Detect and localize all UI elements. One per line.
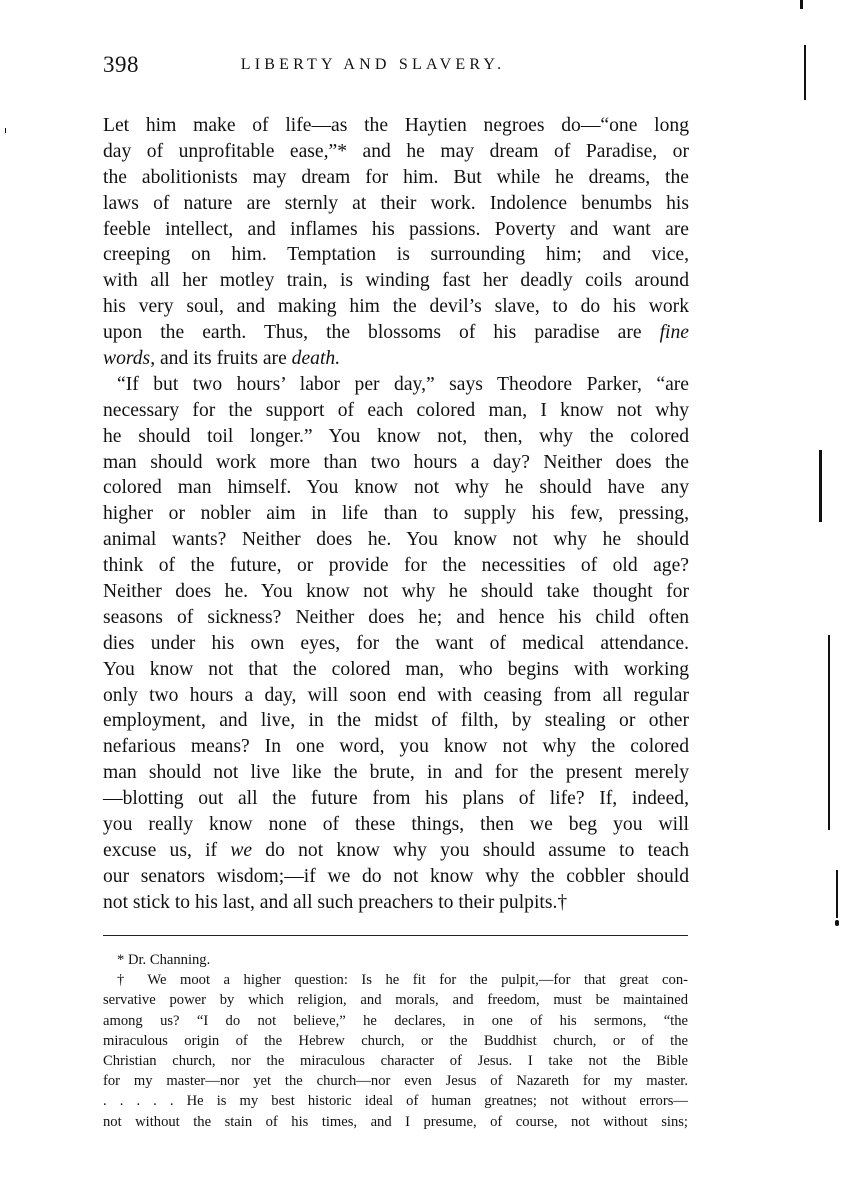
text-line: his very soul, and making him the devil’… [103,294,689,320]
text-segment: upon the earth. Thus, the blossoms of hi… [103,322,642,343]
page-number: 398 [103,52,139,78]
scan-artifact-right-bottom [836,870,838,918]
scan-artifact-top-right [800,0,803,9]
footnote-line: for my master—nor yet the church—nor eve… [103,1071,688,1091]
text-line: —blotting out all the future from his pl… [103,786,689,812]
text-line: Neither does he. You know not why he sho… [103,579,689,605]
footnote-line: servative power by which religion, and m… [103,990,688,1010]
text-line: feeble intellect, and inflames his passi… [103,217,689,243]
text-line: creeping on him. Temptation is surroundi… [103,242,689,268]
text-line: he should toil longer.” You know not, th… [103,424,689,450]
footnotes: * Dr. Channing. † We moot a higher quest… [103,950,688,1132]
text-segment: excuse us, if [103,840,217,861]
text-line: higher or nobler aim in life than to sup… [103,501,689,527]
scan-artifact-right-upper [804,45,806,100]
italic-word: death. [292,348,340,369]
text-line: man should not live like the brute, in a… [103,760,689,786]
text-line: only two hours a day, will soon end with… [103,683,689,709]
footnote-line: not without the stain of his times, and … [103,1112,688,1132]
italic-word: we [230,840,252,861]
text-line: think of the future, or provide for the … [103,553,689,579]
footnote-line: among us? “I do not believe,” he declare… [103,1011,688,1031]
text-line: necessary for the support of each colore… [103,398,689,424]
text-line: animal wants? Neither does he. You know … [103,527,689,553]
text-line-with-italic: excuse us, if we do not know why you sho… [103,838,689,864]
text-line: with all her motley train, is winding fa… [103,268,689,294]
footnote-asterisk: * Dr. Channing. [103,950,688,970]
text-line: Let him make of life—as the Haytien negr… [103,113,689,139]
running-header: 398 LIBERTY AND SLAVERY. [103,52,693,82]
text-line: nefarious means? In one word, you know n… [103,734,689,760]
running-title: LIBERTY AND SLAVERY. [163,56,583,74]
text-line: man should work more than two hours a da… [103,450,689,476]
footnote-line: Christian church, nor the miraculous cha… [103,1051,688,1071]
scan-artifact-dot [835,920,839,926]
footnote-divider [103,935,688,936]
footnote-dagger-line: † We moot a higher question: Is he fit f… [103,970,688,990]
italic-word: fine [660,322,689,343]
text-line-with-italic: words, and its fruits are death. [103,346,689,372]
text-line: dies under his own eyes, for the want of… [103,631,689,657]
italic-word: words [103,348,150,369]
text-line: the abolitionists may dream for him. But… [103,165,689,191]
text-line: our senators wisdom;—if we do not know w… [103,864,689,890]
text-line: laws of nature are sternly at their work… [103,191,689,217]
scan-artifact-right-lower [828,635,830,830]
text-line: seasons of sickness? Neither does he; an… [103,605,689,631]
scan-artifact-left [5,128,6,133]
scan-artifact-right-middle [819,450,822,522]
footnote-line: . . . . . He is my best historic ideal o… [103,1091,688,1111]
text-segment: do not know why you should assume to tea… [252,840,689,861]
paragraph-start-line: “If but two hours’ labor per day,” says … [103,372,689,398]
text-line: not stick to his last, and all such prea… [103,890,689,916]
body-text: Let him make of life—as the Haytien negr… [103,113,689,916]
book-page: 398 LIBERTY AND SLAVERY. Let him make of… [0,0,849,1200]
text-line: colored man himself. You know not why he… [103,475,689,501]
text-line: you really know none of these things, th… [103,812,689,838]
text-line: employment, and live, in the midst of fi… [103,708,689,734]
text-segment: , and its fruits are [150,348,291,369]
footnote-line: miraculous origin of the Hebrew church, … [103,1031,688,1051]
text-line: You know not that the colored man, who b… [103,657,689,683]
text-line-with-italic: upon the earth. Thus, the blossoms of hi… [103,320,689,346]
text-line: day of unprofitable ease,”* and he may d… [103,139,689,165]
